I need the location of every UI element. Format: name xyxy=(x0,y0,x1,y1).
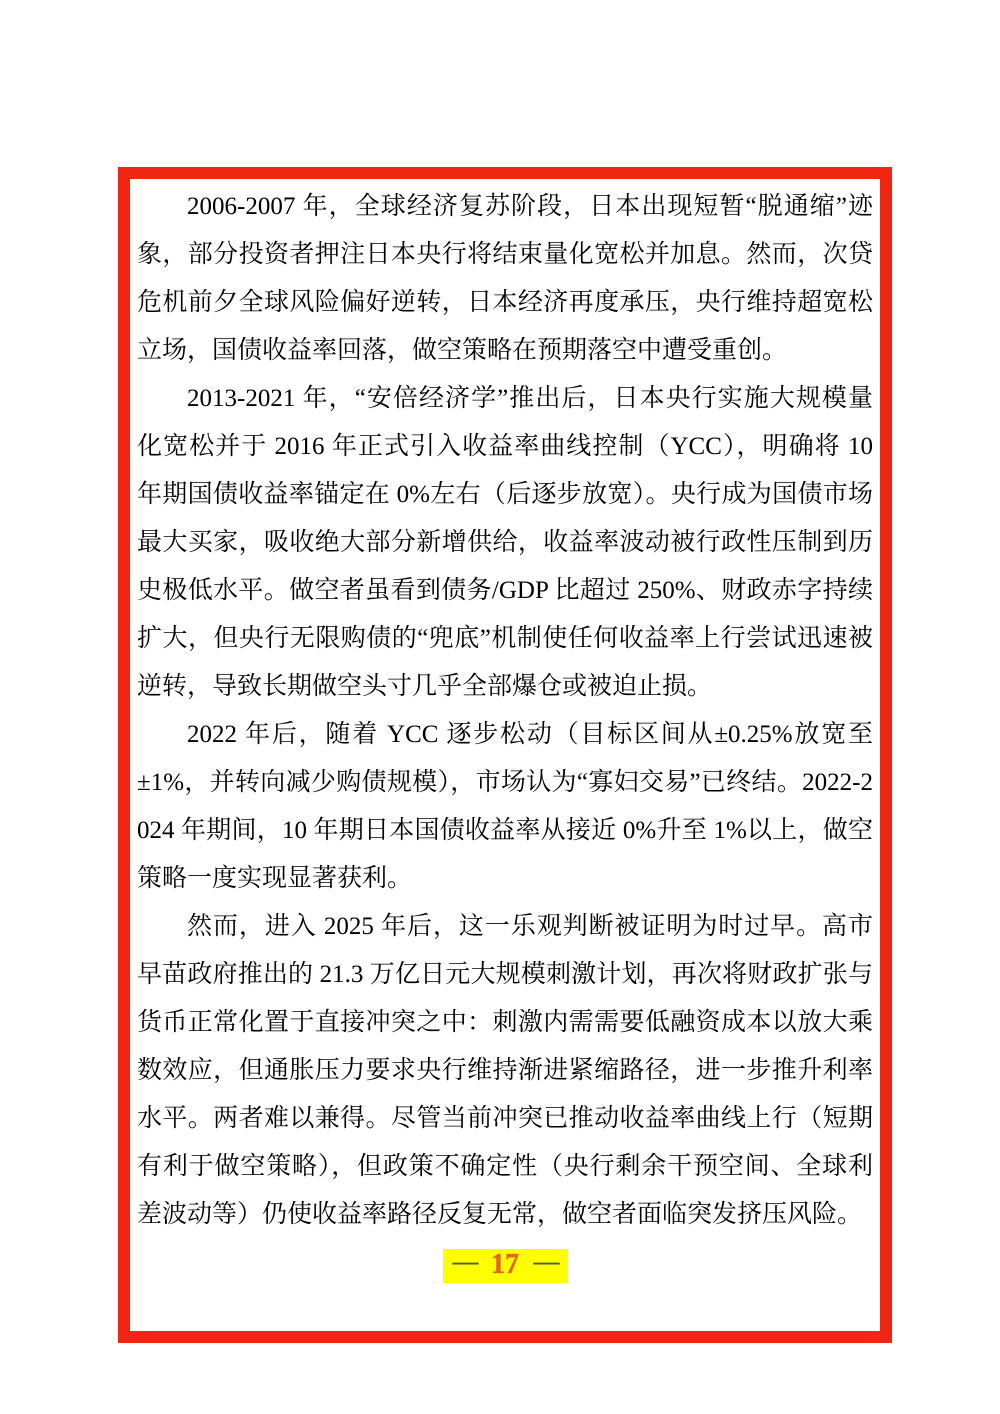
page-number-left-dash: — xyxy=(453,1247,477,1276)
body-paragraph-2: 2013-2021 年，“安倍经济学”推出后，日本央行实施大规模量化宽松并于 2… xyxy=(137,375,873,711)
document-body: 2006-2007 年，全球经济复苏阶段，日本出现短暂“脱通缩”迹象，部分投资者… xyxy=(130,179,880,1331)
page-number-right-dash: — xyxy=(534,1247,558,1276)
footer: — 17 — xyxy=(137,1249,873,1283)
body-paragraph-3: 2022 年后，随着 YCC 逐步松动（目标区间从±0.25%放宽至±1%，并转… xyxy=(137,711,873,903)
body-paragraph-4: 然而，进入 2025 年后，这一乐观判断被证明为时过早。高市早苗政府推出的 21… xyxy=(137,903,873,1239)
page-number: 17 xyxy=(491,1249,519,1280)
page-number-badge: — 17 — xyxy=(443,1249,568,1283)
red-border-frame: 2006-2007 年，全球经济复苏阶段，日本出现短暂“脱通缩”迹象，部分投资者… xyxy=(118,167,892,1343)
body-paragraph-1: 2006-2007 年，全球经济复苏阶段，日本出现短暂“脱通缩”迹象，部分投资者… xyxy=(137,183,873,375)
page-canvas: 2006-2007 年，全球经济复苏阶段，日本出现短暂“脱通缩”迹象，部分投资者… xyxy=(0,0,1000,1414)
